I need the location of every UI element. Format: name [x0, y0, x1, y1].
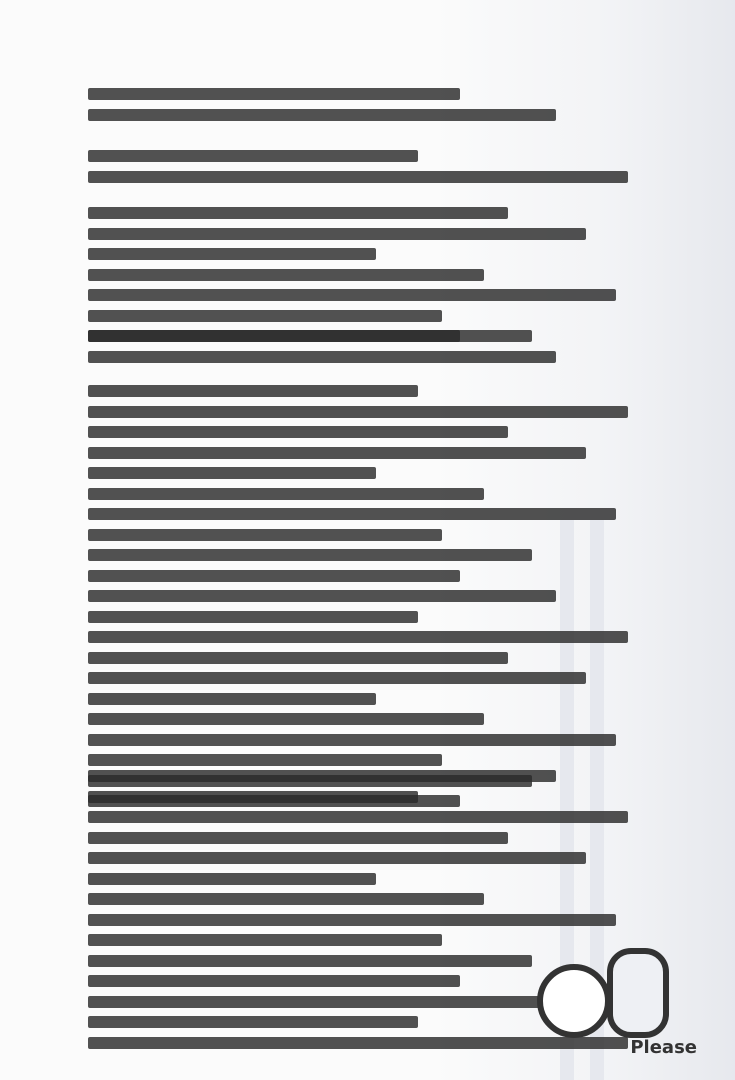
- redacted-text-line: [88, 693, 376, 705]
- redacted-text-line: [88, 549, 532, 561]
- redacted-text-line: [88, 590, 556, 602]
- redacted-text-line: [88, 611, 418, 623]
- redacted-text-line: [88, 508, 616, 520]
- redacted-text-line: [88, 770, 556, 782]
- redacted-text-line: [88, 955, 532, 967]
- redacted-text-line: [88, 248, 376, 260]
- redacted-text-line: [88, 228, 586, 240]
- redacted-text-line: [88, 1016, 418, 1028]
- redacted-text-line: [88, 873, 376, 885]
- redacted-text-line: [88, 975, 460, 987]
- redacted-text-line: [88, 996, 556, 1008]
- text-block: [88, 330, 688, 371]
- redacted-text-line: [88, 488, 484, 500]
- logo-caption: Please: [630, 1037, 697, 1058]
- redacted-text-line: [88, 631, 628, 643]
- redacted-text-line: [88, 893, 484, 905]
- redacted-text-line: [88, 754, 442, 766]
- redacted-text-line: [88, 330, 460, 342]
- redacted-text-line: [88, 447, 586, 459]
- redacted-text-line: [88, 811, 628, 823]
- redacted-text-line: [88, 351, 556, 363]
- redacted-text-line: [88, 385, 418, 397]
- text-block: [88, 150, 688, 191]
- text-block: [88, 88, 688, 129]
- redacted-text-line: [88, 171, 628, 183]
- redacted-text-line: [88, 109, 556, 121]
- logo: Please: [537, 878, 697, 1058]
- redacted-text-line: [88, 734, 616, 746]
- redacted-text-line: [88, 310, 442, 322]
- redacted-text-line: [88, 150, 418, 162]
- text-block: [88, 207, 688, 351]
- redacted-text-line: [88, 406, 628, 418]
- page: { "document": { "type": "scanned-book-pa…: [0, 0, 735, 1080]
- logo-ring: [537, 964, 611, 1038]
- redacted-text-line: [88, 852, 586, 864]
- redacted-text-line: [88, 269, 484, 281]
- text-block: [88, 385, 688, 816]
- redacted-text-line: [88, 713, 484, 725]
- logo-zero: [607, 948, 669, 1038]
- redacted-text-line: [88, 672, 586, 684]
- redacted-text-line: [88, 791, 418, 803]
- redacted-text-line: [88, 88, 460, 100]
- redacted-text-line: [88, 207, 508, 219]
- redacted-text-line: [88, 426, 508, 438]
- redacted-text-line: [88, 832, 508, 844]
- redacted-text-line: [88, 934, 442, 946]
- redacted-text-line: [88, 652, 508, 664]
- redacted-text-line: [88, 529, 442, 541]
- redacted-text-line: [88, 570, 460, 582]
- redacted-text-line: [88, 467, 376, 479]
- redacted-text-line: [88, 289, 616, 301]
